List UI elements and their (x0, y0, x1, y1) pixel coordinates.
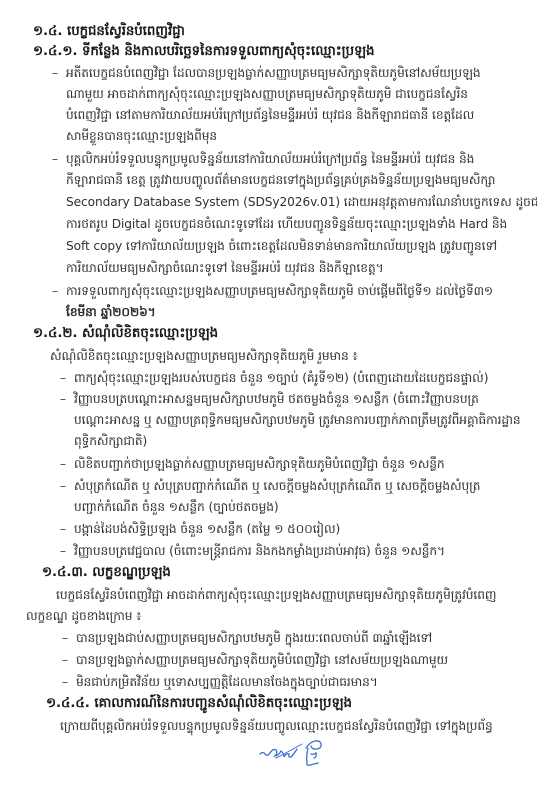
section-heading-1-4-3: ១.៤.៣. លក្ខខណ្ឌប្រឡង (42, 564, 171, 582)
paragraph-line: កីឡារាជធានី ខេត្ត ត្រូវវាយបញ្ចូលព័ត៌មានប… (66, 171, 495, 189)
list-item: បានប្រឡងធ្លាក់សញ្ញាបត្រមធ្យមសិក្សាទុតិយភ… (76, 651, 448, 669)
bullet-dash: – (62, 651, 68, 669)
bullet-dash: – (62, 629, 68, 647)
paragraph-line: ការថតរូប Digital ដូចបេក្ខជនចំណេះទូទៅដែរ … (66, 215, 507, 233)
section-intro: លក្ខខណ្ឌ ដូចខាងក្រោម ៖ (26, 607, 141, 625)
section-heading-1-4-1: ១.៤.១. ទីកន្លែង និងកាលបរិច្ឆេទនៃការទទួលព… (33, 43, 374, 61)
paragraph-line: ខែមីនា ឆ្នាំ២០២៦។ (66, 303, 156, 321)
section-heading-1-4-4: ១.៤.៤. គោលការណ៍នៃការបញ្ជូនសំណុំលិខិតចុះឈ… (46, 695, 352, 713)
list-item: ពាក្យសុំចុះឈ្មោះប្រឡងរបស់បេក្ខជន ចំនួន ១… (74, 369, 488, 387)
section-intro: បេក្ខជនស្វែរិនបំពេញវិជ្ជា អាចដាក់ពាក្យសុ… (56, 586, 496, 604)
list-item: មិនជាប់កម្រិតវិន័យ ឬទោសប្បញ្ញត្តិដែលមានច… (76, 673, 378, 691)
list-item: បណ្តោះអាសន្ន ឬ សញ្ញាបត្រពុទ្ធិកមធ្យមសិក្… (74, 411, 521, 429)
bullet-dash: – (60, 369, 66, 387)
bullet-dash: – (60, 390, 66, 408)
paragraph-line: ការទទួលពាក្យសុំចុះឈ្មោះប្រឡងសញ្ញាបត្រមធ្… (66, 282, 493, 300)
bullet-dash: – (52, 64, 58, 82)
bullet-dash: – (60, 477, 66, 495)
list-item: បញ្ជាក់កំណើត ចំនួន ១សន្លឹក (ច្បាប់ថតចម្ល… (74, 498, 279, 516)
section-heading-1-4: ១.៤. បេក្ខជនស្វែរិនបំពេញវិជ្ជា (33, 23, 185, 41)
paragraph-line: ណាមួយ អាចដាក់ពាក្យសុំចុះឈ្មោះប្រឡងសញ្ញាប… (66, 85, 468, 103)
list-item: បង្កាន់ដៃបង់សិទ្ធិប្រឡង ចំនួន ១សន្លឹក (ត… (74, 520, 340, 538)
bullet-dash: – (60, 520, 66, 538)
paragraph-line: ការិយាល័យមធ្យមសិក្សាចំណេះទូទៅ នៃមន្ទីរអប… (66, 259, 384, 277)
list-item: វិញ្ញាបនបត្រវេជ្ជបាល (ចំពោះមន្ត្រីរាជការ… (74, 542, 445, 560)
list-item: បានប្រឡងជាប់សញ្ញាបត្រមធ្យមសិក្សាបឋមភូមិ … (76, 629, 432, 647)
paragraph-line: សាមីខ្លួនបានចុះឈ្មោះប្រឡងពីមុន (66, 127, 217, 145)
paragraph-line: បុគ្គលិកអប់រំទទួលបន្ទុកប្រមូលទិន្នន័យនៅក… (66, 150, 474, 168)
list-item: វិញ្ញាបនបត្របណ្តោះអាសន្នមធ្យមសិក្សាបឋមភូ… (74, 390, 479, 408)
bullet-dash: – (52, 282, 58, 300)
section-heading-1-4-2: ១.៤.២. សំណុំលិខិតចុះឈ្មោះប្រឡង (33, 325, 218, 343)
paragraph-line: Soft copy ទៅការិយាល័យប្រឡង ចំពោះខេត្តដែល… (66, 237, 497, 255)
list-item: សំបុត្រកំណើត ឬ សំបុត្របញ្ជាក់កំណើត ឬ សេច… (74, 477, 480, 495)
bullet-dash: – (62, 673, 68, 691)
bullet-dash: – (52, 150, 58, 168)
paragraph-line: Secondary Database System (SDSy2026v.01)… (66, 193, 537, 211)
list-item: លិខិតបញ្ជាក់ថាប្រឡងធ្លាក់សញ្ញាបត្រមធ្យមស… (74, 455, 445, 473)
bullet-dash: – (60, 455, 66, 473)
section-intro: សំណុំលិខិតចុះឈ្មោះប្រឡងសញ្ញាបត្រមធ្យមសិក… (50, 347, 358, 365)
signature-initials-icon (256, 734, 326, 774)
paragraph-line: បំពេញវិជ្ជា នៅតាមការិយាល័យអប់រំក្រៅប្រព័… (66, 106, 474, 124)
paragraph-line: អតីតបេក្ខជនបំពេញវិជ្ជា ដែលបានប្រឡងធ្លាក់… (66, 64, 481, 82)
document-page: ១.៤. បេក្ខជនស្វែរិនបំពេញវិជ្ជា ១.៤.១. ទី… (0, 0, 537, 795)
section-intro: ក្រោយពីបុគ្គលិកអប់រំទទួលបន្ទុកប្រមូលទិន្… (60, 717, 493, 735)
bullet-dash: – (60, 542, 66, 560)
list-item: ពុទ្ធិកសិក្សាជាតិ) (74, 432, 147, 450)
